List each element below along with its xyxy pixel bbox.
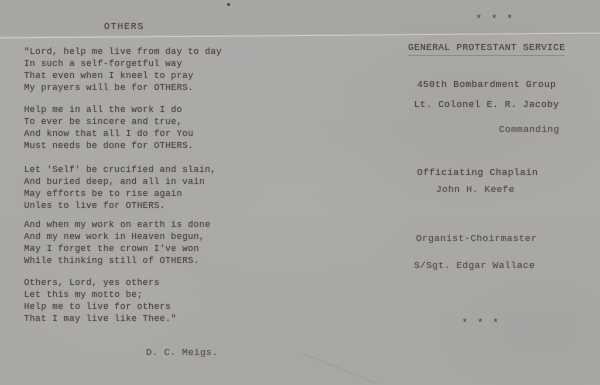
organist-choirmaster-label: Organist-Choirmaster [416,233,537,245]
commander-name: Lt. Colonel E. R. Jacoby [414,99,559,111]
poem-line: And buried deep, and all in vain [24,176,222,188]
poem-line: Help me in all the work I do [24,104,222,116]
poem-body: "Lord, help me live from day to day In s… [24,46,222,325]
poem-line: May efforts be to rise again [24,188,222,200]
poem-line: My prayers will be for OTHERS. [24,82,222,94]
organist-name: S/Sgt. Edgar Wallace [414,260,535,272]
poem-attribution: D. C. Meigs. [146,347,218,358]
asterisk-ornament-top: * * * [476,13,515,25]
poem-line: Must needs be done for OTHERS. [24,140,222,152]
poem-line: May I forget the crown I've won [24,243,222,255]
poem-line: That I may live like Thee." [24,313,222,325]
poem-stanza-1: "Lord, help me live from day to day In s… [24,46,222,94]
poem-line: To ever be sincere and true, [24,116,222,128]
poem-line: "Lord, help me live from day to day [24,46,222,58]
poem-line: Unles to live for OTHERS. [24,200,222,212]
typewritten-ink-layer: OTHERS "Lord, help me live from day to d… [0,0,600,385]
poem-line: In such a self-forgetful way [24,58,222,70]
scanned-service-program-page: OTHERS "Lord, help me live from day to d… [0,0,600,385]
poem-line: Help me to live for others [24,301,222,313]
asterisk-ornament-bottom: * * * [462,317,501,329]
poem-line: And know that all I do for You [24,128,222,140]
service-title: GENERAL PROTESTANT SERVICE [408,42,565,56]
poem-line: And my new work in Heaven begun, [24,231,222,243]
bombardment-group: 450th Bombardment Group [417,79,556,91]
poem-stanza-5: Others, Lord, yes others Let this my mot… [24,277,222,325]
chaplain-name: John H. Keefe [436,184,515,196]
poem-stanza-3: Let 'Self' be crucified and slain, And b… [24,164,222,212]
poem-line: Others, Lord, yes others [24,277,222,289]
poem-stanza-4: And when my work on earth is done And my… [24,219,222,267]
poem-title: OTHERS [104,21,144,32]
poem-line: While thinking still of OTHERS. [24,255,222,267]
commander-title: Commanding [499,124,560,136]
officiating-chaplain-label: Officiating Chaplain [417,167,538,179]
poem-line: That even when I kneel to pray [24,70,222,82]
poem-line: Let 'Self' be crucified and slain, [24,164,222,176]
poem-stanza-2: Help me in all the work I do To ever be … [24,104,222,152]
poem-line: And when my work on earth is done [24,219,222,231]
poem-line: Let this my motto be; [24,289,222,301]
